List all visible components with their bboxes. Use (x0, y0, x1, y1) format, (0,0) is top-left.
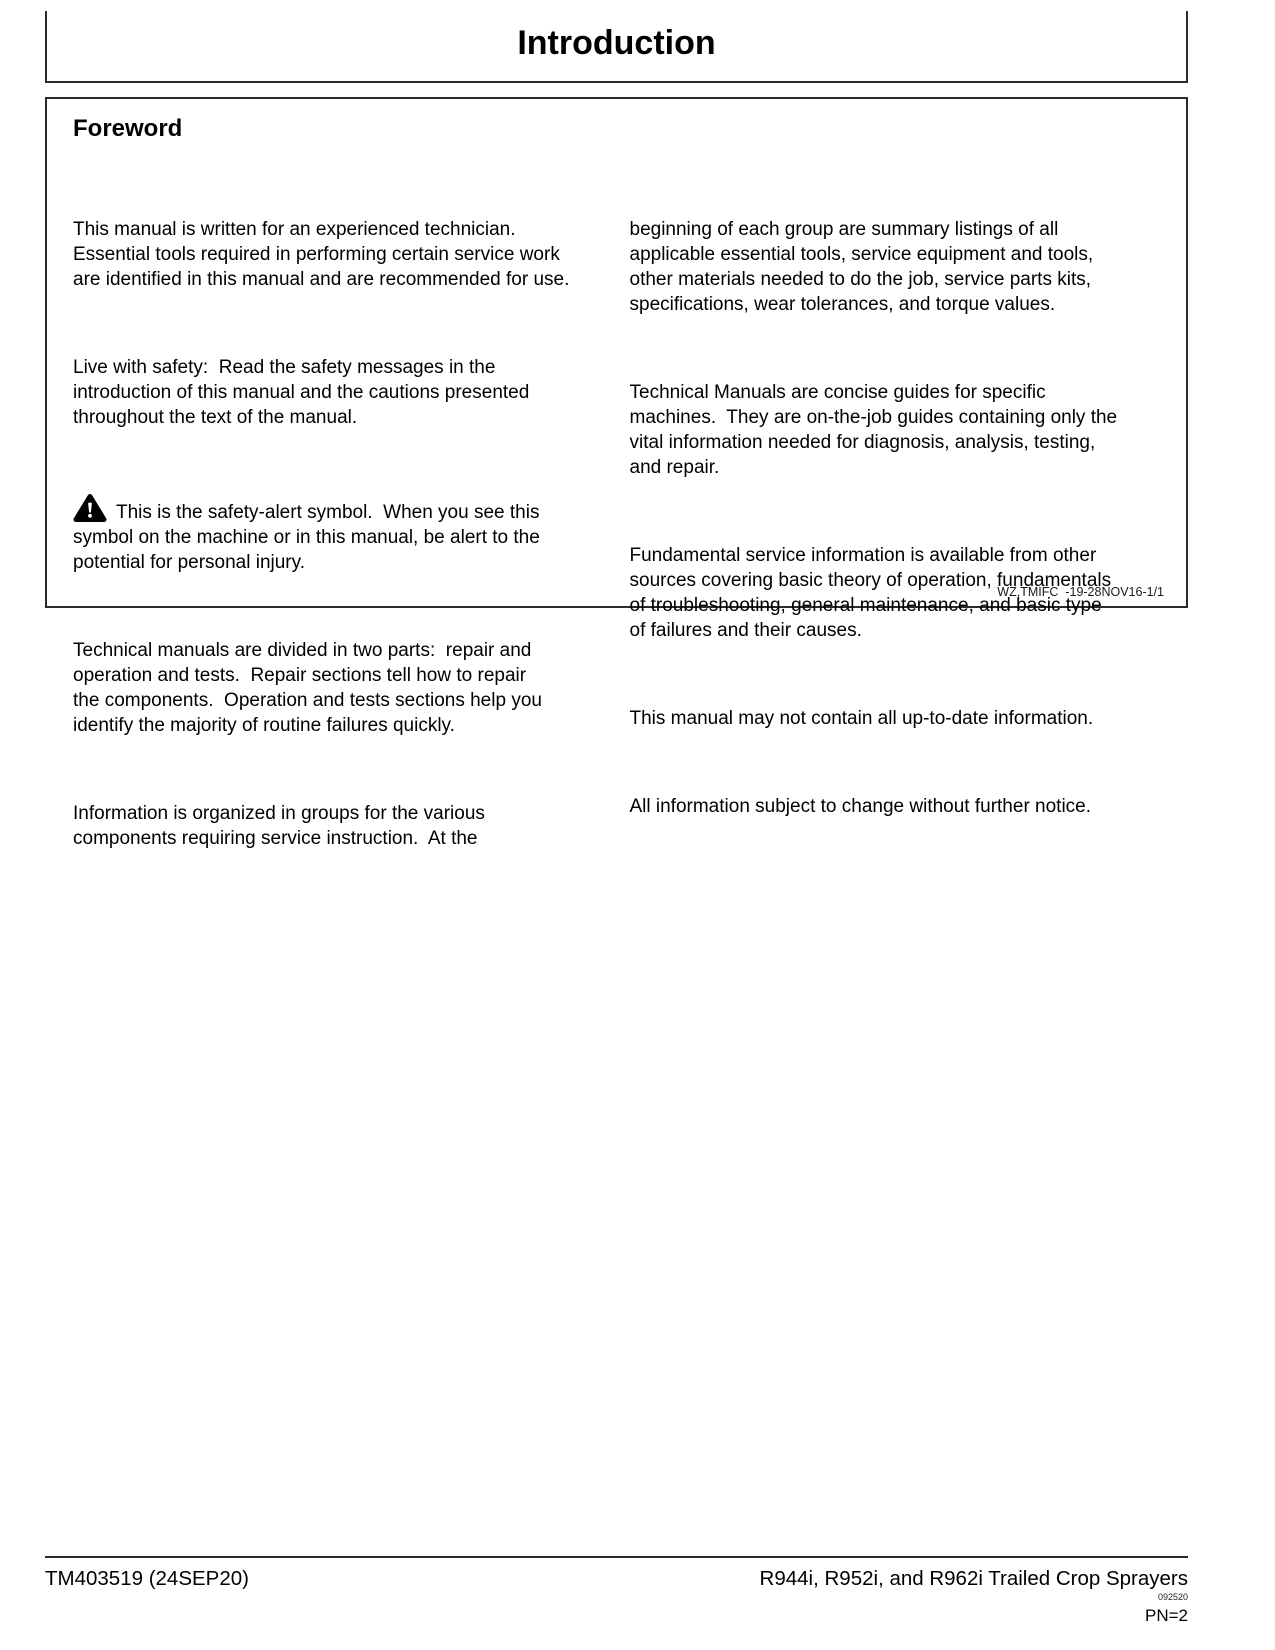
foreword-paragraph: This manual is written for an experience… (73, 217, 604, 292)
right-column: beginning of each group are summary list… (630, 167, 1161, 914)
document-title: R944i, R952i, and R962i Trailed Crop Spr… (760, 1567, 1188, 1591)
print-code: 092520 (45, 1592, 1188, 1602)
foreword-section: Foreword This manual is written for an e… (45, 97, 1188, 608)
foreword-paragraph: All information subject to change withou… (630, 794, 1161, 819)
footer-row: TM403519 (24SEP20) R944i, R952i, and R96… (45, 1567, 1188, 1591)
page-title: Introduction (517, 24, 715, 63)
manual-page: Introduction Foreword This manual is wri… (0, 0, 1275, 1650)
two-column-text: This manual is written for an experience… (73, 167, 1160, 914)
foreword-paragraph: Technical Manuals are concise guides for… (630, 380, 1161, 480)
foreword-paragraph-safety: This is the safety-alert symbol. When yo… (73, 493, 604, 575)
page-number: PN=2 (45, 1606, 1188, 1626)
foreword-paragraph: beginning of each group are summary list… (630, 217, 1161, 317)
revision-footnote: WZ,TMIFC -19-28NOV16-1/1 (997, 585, 1164, 599)
foreword-paragraph: This manual may not contain all up-to-da… (630, 706, 1161, 731)
foreword-heading: Foreword (73, 115, 1160, 143)
page-footer: TM403519 (24SEP20) R944i, R952i, and R96… (45, 1556, 1188, 1626)
safety-paragraph-text: This is the safety-alert symbol. When yo… (73, 502, 540, 573)
document-number: TM403519 (24SEP20) (45, 1567, 249, 1591)
left-column: This manual is written for an experience… (73, 167, 604, 914)
title-block: Introduction (45, 11, 1188, 83)
foreword-paragraph: Live with safety: Read the safety messag… (73, 355, 604, 430)
foreword-paragraph: Information is organized in groups for t… (73, 801, 604, 851)
foreword-paragraph: Technical manuals are divided in two par… (73, 638, 604, 738)
safety-alert-icon (73, 493, 107, 523)
